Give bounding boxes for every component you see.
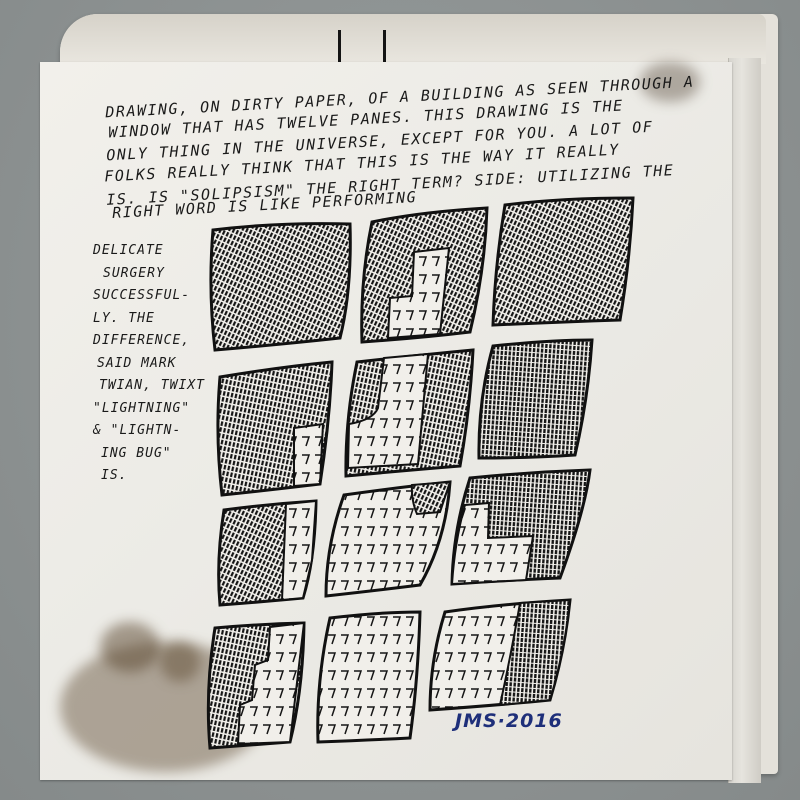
pane-r1c2 bbox=[362, 208, 487, 342]
pane-r1c3 bbox=[493, 198, 633, 325]
pane-r2c3 bbox=[479, 340, 592, 458]
artist-signature: JMS·2016 bbox=[455, 710, 563, 732]
pane-r2c1 bbox=[218, 362, 332, 495]
pane-r1c1 bbox=[211, 224, 350, 350]
pane-r3c1 bbox=[219, 501, 316, 605]
pane-r4c2 bbox=[318, 612, 420, 742]
pane-r4c3 bbox=[430, 600, 570, 710]
pane-r3c3 bbox=[452, 470, 590, 584]
pane-r2c2 bbox=[346, 350, 473, 476]
pane-r3c2 bbox=[326, 482, 450, 596]
twelve-pane-window-drawing bbox=[0, 0, 800, 800]
pane-r4c1 bbox=[208, 623, 304, 748]
